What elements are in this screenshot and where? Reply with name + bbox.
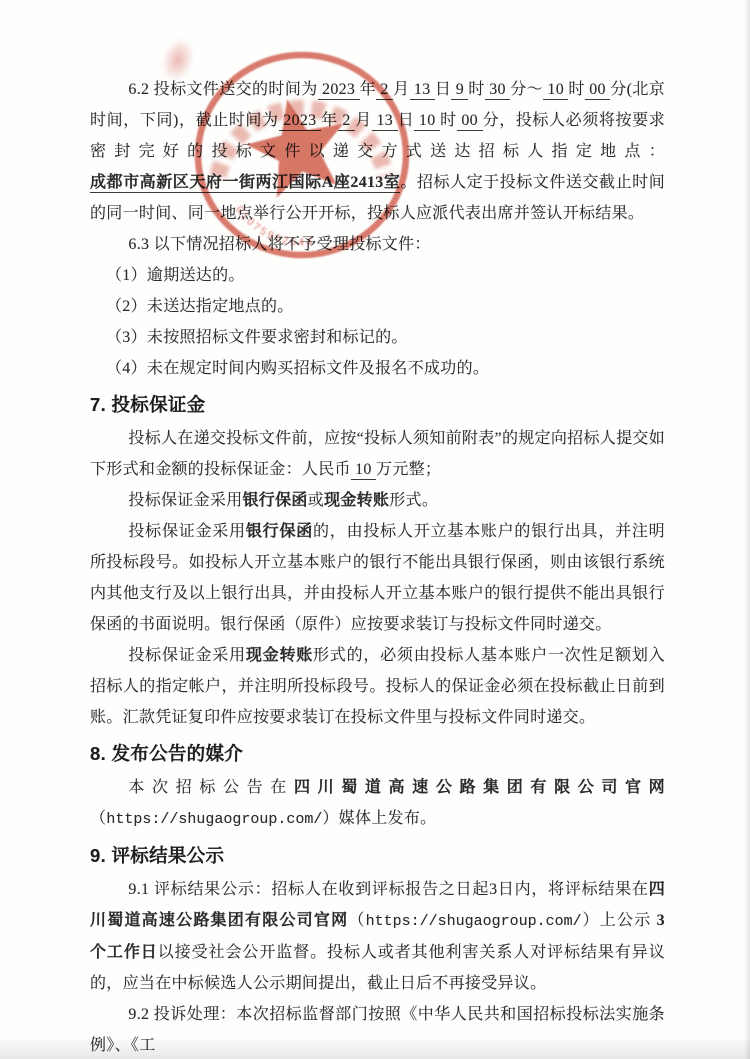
clause-7-deposit-forms: 投标保证金采用银行保函或现金转账形式。 [90, 485, 665, 516]
text-segment: 年 [360, 81, 376, 98]
document-body: 6.2 投标文件送交的时间为 2023 年 2 月 13 日 9 时 30 分～… [90, 74, 665, 1059]
text-segment: 2023 [318, 81, 360, 100]
text-segment: （3）未按照招标文件要求密封和标记的。 [106, 329, 408, 346]
text-segment: 9 [451, 81, 468, 100]
section-9-heading: 9. 评标结果公示 [90, 840, 665, 871]
clause-7-bank-guarantee: 投标保证金采用银行保函的，由投标人开立基本账户的银行出具，并注明所投标段号。如投… [90, 516, 665, 640]
text-segment: 银行保函 [243, 492, 308, 509]
text-segment: （ [348, 912, 365, 929]
text-segment: 00 [457, 112, 483, 131]
text-segment: 2 [376, 81, 393, 100]
text-segment: 2023 [279, 112, 321, 131]
text-segment: （4）未在规定时间内购买招标文件及报名不成功的。 [106, 360, 489, 377]
section-7-heading: 7. 投标保证金 [90, 389, 665, 420]
text-segment: 10 [543, 81, 568, 100]
text-segment: （2）未送达指定地点的。 [106, 298, 294, 315]
text-segment: 日 [398, 112, 415, 129]
text-segment: （1）逾期送达的。 [106, 267, 245, 284]
text-segment: 或 [308, 492, 324, 509]
list-item-3: （3）未按照招标文件要求密封和标记的。 [90, 322, 665, 353]
text-segment: 日 [435, 81, 451, 98]
text-segment: 2 [338, 112, 356, 131]
text-segment: 投标保证金采用 [128, 492, 242, 509]
text-segment: 时 [568, 81, 584, 98]
text-segment: 现金转账 [324, 492, 389, 509]
text-segment: 分～ [510, 81, 543, 98]
text-segment: 00 [585, 81, 610, 100]
text-segment: 9.1 评标结果公示：招标人在收到评标报告之日起3日内，将评标结果在 [128, 881, 648, 898]
text-segment: ）媒体上发布。 [322, 810, 436, 827]
clause-7-deposit-amount: 投标人在递交投标文件前，应按“投标人须知前附表”的规定向招标人提交如下形式和金额… [90, 423, 665, 485]
list-item-1: （1）逾期送达的。 [90, 260, 665, 291]
clause-9-1: 9.1 评标结果公示：招标人在收到评标报告之日起3日内，将评标结果在四川蜀道高速… [90, 874, 665, 999]
text-segment: 月 [355, 112, 372, 129]
text-segment: 以接受社会公开监督。投标人或者其他利害关系人对评标结果有异议的，应当在中标候选人… [90, 944, 665, 992]
text-segment: 本次招标公告在 [128, 779, 294, 796]
text-segment: 万元整； [376, 461, 441, 478]
text-segment: 6.2 投标文件送交的时间为 [128, 81, 317, 98]
text-segment: 10 [351, 461, 376, 480]
clause-6-2: 6.2 投标文件送交的时间为 2023 年 2 月 13 日 9 时 30 分～… [90, 74, 665, 229]
list-item-4: （4）未在规定时间内购买招标文件及报名不成功的。 [90, 353, 665, 384]
text-segment: https://shugaogroup.com/ [366, 913, 582, 930]
text-segment: 10 [414, 112, 440, 131]
text-segment: 现金转账 [246, 647, 313, 664]
text-segment: 年 [321, 112, 338, 129]
list-item-2: （2）未送达指定地点的。 [90, 291, 665, 322]
text-segment: 6.3 以下情况招标人将不予受理投标文件： [128, 236, 430, 253]
text-segment: 四川蜀道高速公路集团有限公司官网 [294, 779, 665, 796]
text-segment: 13 [372, 112, 398, 131]
text-segment: 投标保证金采用 [128, 523, 245, 540]
text-segment: 月 [393, 81, 409, 98]
text-segment: ）上公示 [582, 912, 657, 929]
text-segment: 13 [410, 81, 435, 100]
clause-8-media: 本次招标公告在四川蜀道高速公路集团有限公司官网（https://shugaogr… [90, 772, 665, 835]
text-segment: 时 [468, 81, 484, 98]
document-page: 6.2 投标文件送交的时间为 2023 年 2 月 13 日 9 时 30 分～… [0, 0, 750, 1059]
clause-7-cash-transfer: 投标保证金采用现金转账形式的，必须由投标人基本账户一次性足额划入招标人的指定帐户… [90, 640, 665, 733]
text-segment: 30 [485, 81, 510, 100]
text-segment: 成都市高新区天府一街两江国际A座2413室 [90, 174, 400, 193]
text-segment: 银行保函 [246, 523, 313, 540]
section-8-heading: 8. 发布公告的媒介 [90, 738, 665, 769]
text-segment: 时 [440, 112, 457, 129]
text-segment: 投标保证金采用 [128, 647, 245, 664]
text-segment: 形式。 [389, 492, 438, 509]
text-segment: https://shugaogroup.com/ [106, 811, 322, 828]
page-edge-shadow-right [744, 0, 750, 1059]
clause-6-3: 6.3 以下情况招标人将不予受理投标文件： [90, 229, 665, 260]
text-segment: （ [90, 810, 106, 827]
page-edge-shadow-bottom [0, 1039, 750, 1059]
